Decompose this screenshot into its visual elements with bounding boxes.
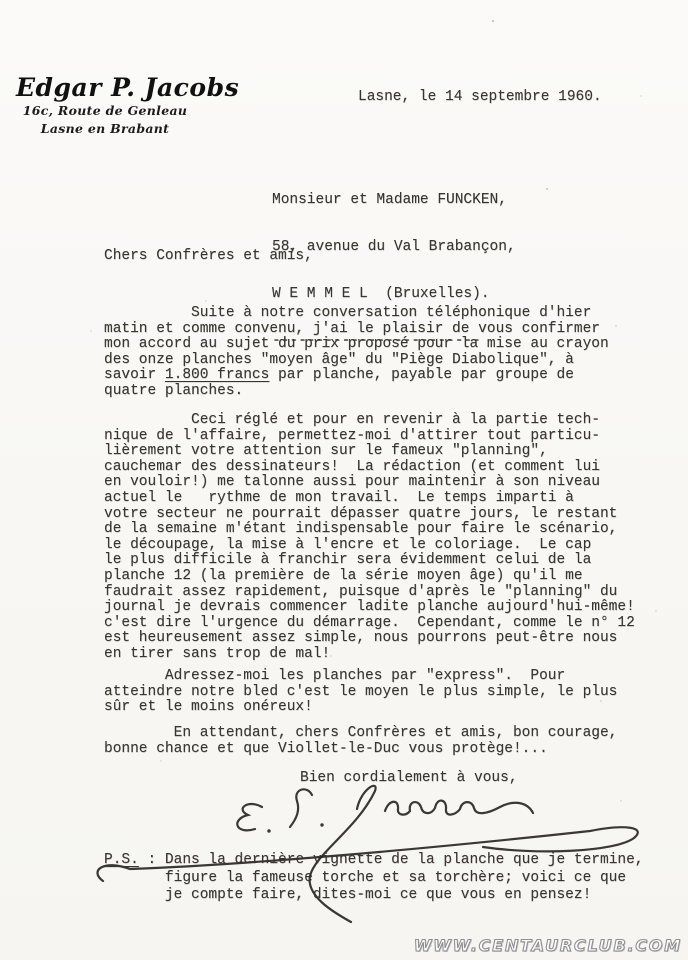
- paragraph-planning: Ceci réglé et pour en revenir à la parti…: [104, 413, 635, 663]
- paragraph-price-agreement: Suite à notre conversation téléphonique …: [104, 306, 609, 400]
- signature-letter-e: [237, 804, 262, 830]
- postscript: P.S. : Dans la dernière vignette de la p…: [104, 852, 644, 905]
- letter-page: Edgar P. Jacobs 16c, Route de Genleau La…: [0, 0, 688, 960]
- signature-letter-p: [290, 789, 312, 827]
- paragraph-express: Adressez-moi les planches par "express".…: [104, 669, 617, 716]
- signature-dot: [267, 829, 270, 832]
- salutation: Chers Confrères et amis,: [104, 249, 313, 265]
- letterhead-name: Edgar P. Jacobs: [16, 74, 194, 102]
- recipient-line-3: W E M M E L (Bruxelles).: [272, 287, 516, 303]
- paragraph-farewell: En attendant, chers Confrères et amis, b…: [104, 726, 617, 757]
- letterhead: Edgar P. Jacobs 16c, Route de Genleau La…: [16, 74, 194, 138]
- date-line: Lasne, le 14 septembre 1960.: [358, 90, 602, 106]
- letterhead-address-line1: 16c, Route de Genleau: [16, 102, 194, 120]
- signature-letters-acobs: [385, 801, 533, 815]
- watermark: WWW.CENTAURCLUB.COM: [414, 936, 682, 955]
- scan-noise: [0, 0, 2, 2]
- recipient-line-1: Monsieur et Madame FUNCKEN,: [272, 193, 516, 209]
- letterhead-address-line2: Lasne en Brabant: [16, 120, 194, 138]
- signature-dot: [320, 823, 323, 826]
